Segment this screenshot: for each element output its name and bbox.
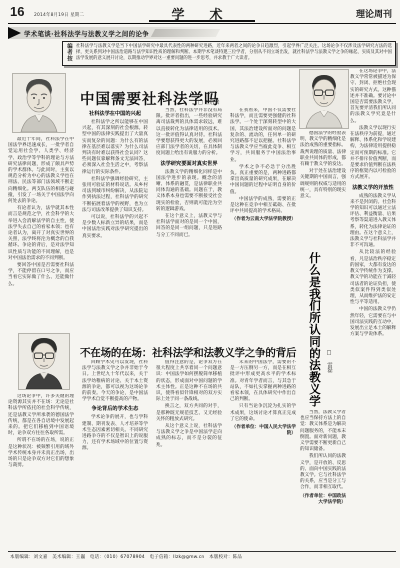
column-subhead: 社科法学在中国的兴起 [82, 111, 148, 118]
header-rule [8, 23, 396, 25]
body-paragraph: 学术之争不必急于分出胜负。真正重要的是，两种进路都拿出高质量的研究成果，在解决中… [230, 165, 296, 196]
article2-column-2: 回顾学术史可以发现，社科法学与法教义学之争并非始于今日。上世纪九十年代以来，关于… [82, 360, 148, 546]
body-paragraph: 法教义学以现行实在法秩序为前提，通过解释、体系化和学说建构，为法律适用提供稳定而… [350, 126, 396, 182]
body-paragraph: 对于处在法治建设关键期的中国而言，强调规则的权威与适用的统一，具有特别的现实意义… [300, 169, 346, 200]
body-paragraph: 回顾学术史可以发现，社科法学与法教义学之争并非始于今日。上世纪九十年代以来，关于… [82, 360, 148, 403]
author-credit: （作者单位：中国政法大学法学院） [300, 494, 346, 506]
article1-column-4: 在我看来，中国不仅需要社科法学，而且需要更强健的社科法学。一个处于深刻转型中的大… [230, 108, 296, 317]
article2-column-4: 未来的中国法学，需要的不是一方压倒另一方，而是在相互批评中形成更高水平的学术标准… [230, 360, 296, 546]
body-paragraph: 换言之，双方共同的对手，是那种既无规范技艺、又无经验关怀的粗放式研究。 [156, 404, 222, 423]
series-banner: 学术笔谈·社科法学与法教义学之间的论争 [8, 27, 218, 39]
body-paragraph: 要回答中国是否需要社科法学，不能停留在口号之争，而应当看它实际做了什么、还能做什… [8, 263, 74, 288]
body-paragraph: 成熟的法教义学从来不是封闭的。社会科学的知识可以通过立法评估、利益衡量、后果考察… [350, 194, 396, 250]
article1-byline: □ 王启梁 [198, 99, 219, 106]
body-paragraph: 当然，法教义学者也应当保持方法上的自觉：教义体系是为解决问题服务的，不能本末倒置… [300, 410, 346, 453]
body-paragraph: 社科法学强调经验研究，主张用可验证的材料说话。从乡村司法到城市纠纷解决，从法院运… [82, 177, 148, 214]
body-paragraph: 最近十年间，社科法学在中国法学界迅速成长，一批学者自觉运用社会学、人类学、经济学… [8, 137, 74, 205]
article1-column-2: 社科法学在中国的兴起社科法学之所以能够在中国兴起，有其深刻的社会根源。转型中国的… [82, 108, 148, 317]
body-paragraph: 中国的法教义学仍然年轻，它需要在与中国司法实践的互动中，发展出立足本土的解释方案… [350, 307, 396, 338]
article1-column-3: 当然，社科法学并非没有局限。批评者指出，一些经验研究离司法裁判的具体需求较远，难… [156, 108, 222, 317]
article2-column-3: 值得注意的是，论争双方在很大程度上共享着同一个问题意识：中国法学如何摆脱简单移植… [156, 360, 222, 546]
article3-column-left-top: 德国法学的经验表明，教义学的精细化是法治成熟的重要指标。裁判说理的质量、法律职业… [300, 131, 346, 250]
series-banner-label: 学术笔谈·社科法学与法教义学之间的论争 [21, 29, 149, 38]
editor-note-text: 社科法学与法教义学是当下中国法学研究中最具代表性的两种研究进路，近年来两者之间的… [74, 42, 395, 65]
body-paragraph: 社科法学之所以能够在中国兴起，有其深刻的社会根源。转型中国的法律实践提出了大量真… [82, 120, 148, 176]
body-paragraph: 只有当论争沉淀为扎实的学术成果，这场讨论才算真正完成了它的使命。 [230, 404, 296, 423]
article3-byline: □ 雷磊 [325, 350, 333, 373]
body-paragraph: 值得注意的是，论争双方在很大程度上共享着同一个问题意识：中国法学如何摆脱简单移植… [156, 360, 222, 403]
body-paragraph: 当然，社科法学并非没有局限。批评者指出，一些经验研究离司法裁判的具体需求较远，难… [156, 108, 222, 158]
masthead-title: 理论周刊 [356, 7, 392, 20]
author-portrait-article3 [299, 69, 349, 129]
footer-credits: 本版编辑：刘文嘉 美术编辑：王巍 电话：（010）67078904 电子信箱：l… [10, 554, 242, 560]
column-subhead: 争论背后的学术生态 [82, 406, 148, 413]
body-paragraph: 从这个意义上说，社科法学与法教义学之争是中国法学走向成熟的标志，而不是分裂的征兆… [156, 424, 222, 449]
body-paragraph: 从比较法的经验看，凡是法治秩序稳定的国家，大都有发达的教义学传统作为支撑。教义学… [350, 250, 396, 306]
author-credit: （作者单位：中国人民大学法学院） [230, 425, 296, 437]
body-paragraph: 在我看来，中国不仅需要社科法学，而且需要更强健的社科法学。一个处于深刻转型中的大… [230, 108, 296, 164]
body-paragraph: 所谓不在场的在场，说的正是这种状况：被频繁引用的域外学术传统本身并未真正出场，出… [8, 438, 74, 469]
body-paragraph: 我们所认同的法教义学，是开放的、反思的、面向中国实践的法教义学。它与社科法学的关… [300, 454, 346, 491]
body-paragraph: 在这场论争中，法教义学常常被描述为保守、封闭、拒绝社会现实的研究方式。这种描述并… [350, 69, 396, 125]
body-paragraph: 这场论争中，许多关键的理论资源其实并不在场：无论是社科法学所依托的社会科学传统，… [8, 394, 74, 437]
body-paragraph: 中国法学的成熟，需要的正是这种在竞争中相互砥砺、在批评中共同提高的学术格局。 [230, 197, 296, 216]
author-portrait-article2 [18, 333, 70, 390]
body-paragraph: 德国法学的经验表明，教义学的精细化是法治成熟的重要指标。裁判说理的质量、法律职业… [300, 131, 346, 168]
body-paragraph: 法教义学的精细化同样是中国法学进步的表现。概念的清晰、体系的融贯，是法律职业共同… [156, 170, 222, 213]
article1-column-1: 最近十年间，社科法学在中国法学界迅速成长，一批学者自觉运用社会学、人类学、经济学… [8, 137, 74, 317]
article2-title: 不在场的在场：社科法学和法教义学之争的背后 [80, 345, 296, 360]
author-credit: （作者为云南大学法学院教授） [230, 217, 296, 223]
banner-tail-decor [151, 29, 220, 37]
article3-column-right: 在这场论争中，法教义学常常被描述为保守、封闭、拒绝社会现实的研究方式。这种描述并… [350, 69, 396, 547]
portrait-sketch-icon [300, 70, 348, 128]
body-paragraph: 在这个意义上，法教义学与社科法学面对的是同一个中国，回答的是同一组问题，只是进路… [156, 214, 222, 239]
flag-triangle-icon [8, 27, 21, 39]
body-paragraph: 有论者认为，法学就其本性而言是规范之学，社会科学的大举进入会消解法学的自主性，使… [8, 206, 74, 262]
footer-rule [8, 551, 396, 552]
body-paragraph: 学术论争的展开，也与学科建制、期刊发表、人才培养等学术生态因素密切相关。不同研究… [82, 415, 148, 452]
article3-title: 什么是我们所认同的法教义学 [306, 252, 322, 408]
body-paragraph: 未来的中国法学，需要的不是一方压倒另一方，而是在相互批评中形成更高水平的学术标准… [230, 360, 296, 403]
column-subhead: 法学研究要面对真实世界 [156, 161, 222, 168]
article2-column-1: 这场论争中，许多关键的理论资源其实并不在场：无论是社科法学所依托的社会科学传统，… [8, 394, 74, 546]
newspaper-page: 16 2014年8月19日 星期二 学 术 理论周刊 学术笔谈·社科法学与法教义… [0, 0, 400, 568]
column-subhead: 法教义学的开放性 [350, 185, 396, 192]
portrait-sketch-icon [13, 74, 65, 132]
portrait-sketch-icon [19, 334, 69, 389]
editor-note-box: 编者按 社科法学与法教义学是当下中国法学研究中最具代表性的两种研究进路，近年来两… [62, 41, 396, 66]
author-portrait-article1 [12, 73, 66, 133]
article3-column-left-bottom: 当然，法教义学者也应当保持方法上的自觉：教义体系是为解决问题服务的，不能本末倒置… [300, 410, 346, 548]
article3-title-block: 什么是我们所认同的法教义学 □ 雷磊 [300, 252, 338, 408]
body-paragraph: 可以说，社科法学的兴起不是少数人标新立异的结果，而是中国法治实践对法学研究提出的… [82, 215, 148, 240]
editor-note-label: 编者按 [63, 42, 74, 65]
